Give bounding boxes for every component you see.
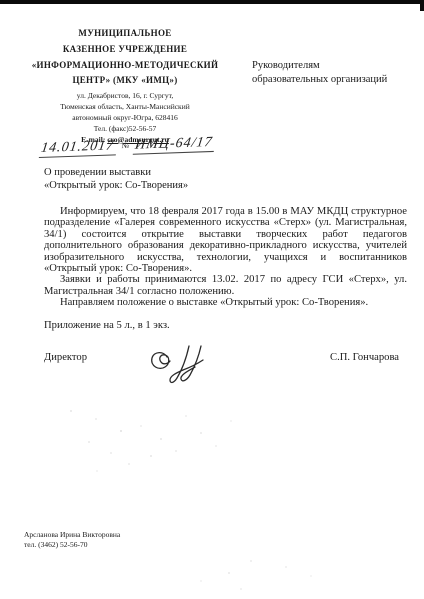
address-line: автономный округ-Югра, 628416: [25, 113, 225, 124]
letter-body: Информируем, что 18 февраля 2017 года в …: [44, 206, 407, 309]
org-line: МУНИЦИПАЛЬНОЕ: [25, 26, 225, 42]
handwritten-date: 14.01.2017: [39, 138, 118, 158]
subject-line: О проведении выставки: [44, 166, 324, 179]
subject-line: «Открытый урок: Со-Творения»: [44, 179, 324, 192]
executor-contact-block: Арсланова Ирина Викторовна тел. (3462) 5…: [24, 530, 120, 549]
handwritten-signature: [143, 342, 221, 386]
org-line: ЦЕНТР» (МКУ «ИМЦ»): [25, 73, 225, 89]
address-line: Тел. (факс)52-56-57: [25, 124, 225, 135]
body-paragraph: Заявки и работы принимаются 13.02. 2017 …: [44, 274, 407, 297]
signatory-title: Директор: [44, 352, 87, 363]
subject-block: О проведении выставки «Открытый урок: Со…: [44, 166, 324, 192]
scan-edge-notch: [420, 0, 424, 11]
body-paragraph: Информируем, что 18 февраля 2017 года в …: [44, 206, 407, 274]
letterhead-org-block: МУНИЦИПАЛЬНОЕ КАЗЕННОЕ УЧРЕЖДЕНИЕ «ИНФОР…: [25, 26, 225, 89]
org-line: КАЗЕННОЕ УЧРЕЖДЕНИЕ: [25, 42, 225, 58]
org-line: «ИНФОРМАЦИОННО-МЕТОДИЧЕСКИЙ: [25, 58, 225, 74]
executor-phone: тел. (3462) 52-56-70: [24, 540, 120, 550]
recipient-block: Руководителям образовательных организаци…: [252, 59, 412, 86]
number-sign: №: [121, 141, 129, 150]
signatory-name: С.П. Гончарова: [330, 352, 399, 363]
body-paragraph: Направляем положение о выставке «Открыты…: [44, 297, 407, 308]
address-line: ул. Декабристов, 16, г. Сургут,: [25, 91, 225, 102]
scanned-letter-page: МУНИЦИПАЛЬНОЕ КАЗЕННОЕ УЧРЕЖДЕНИЕ «ИНФОР…: [0, 0, 424, 599]
scan-noise: [0, 0, 2, 2]
recipient-line: образовательных организаций: [252, 73, 412, 87]
attachment-note: Приложение на 5 л., в 1 экз.: [44, 320, 407, 331]
handwritten-number: ИМЦ-64/17: [132, 135, 216, 155]
scan-edge-bar: [0, 0, 424, 4]
address-line: Тюменская область, Ханты-Мансийский: [25, 102, 225, 113]
recipient-line: Руководителям: [252, 59, 412, 73]
executor-name: Арсланова Ирина Викторовна: [24, 530, 120, 540]
